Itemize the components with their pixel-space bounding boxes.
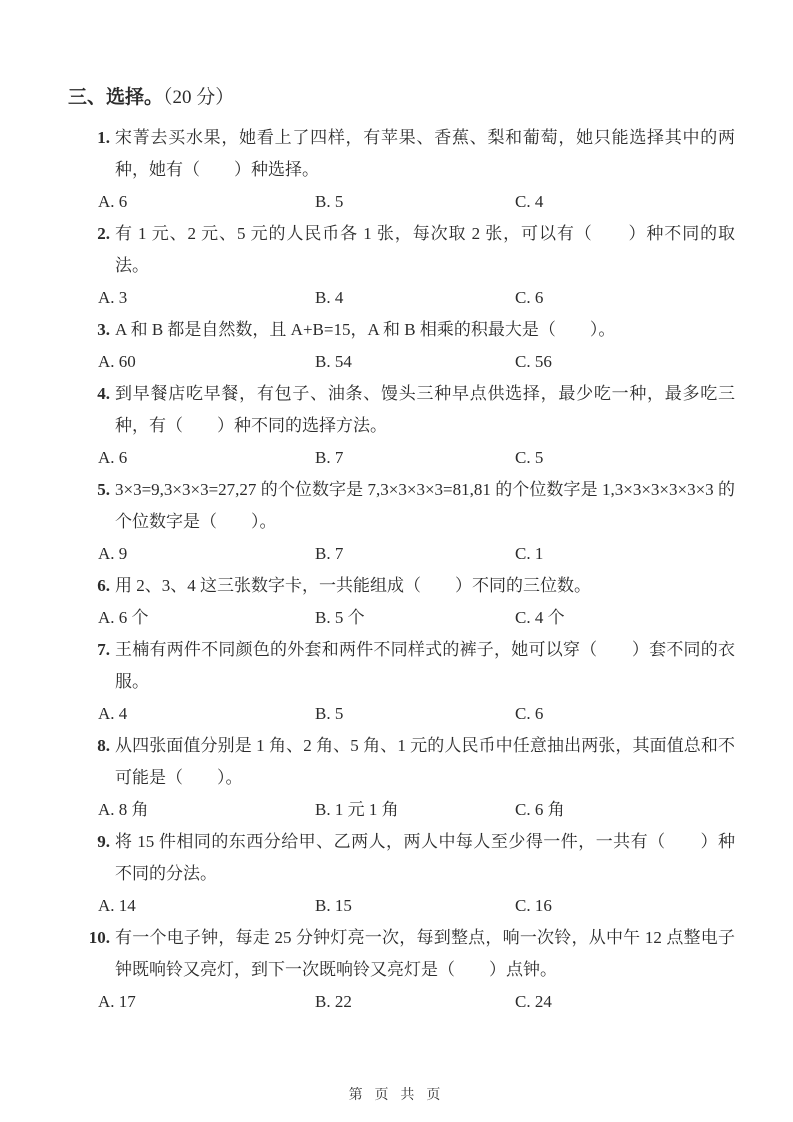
- option-c: C. 1: [515, 538, 735, 570]
- option-b: B. 5: [315, 186, 515, 218]
- question-8: 8. 从四张面值分别是 1 角、2 角、5 角、1 元的人民币中任意抽出两张，其…: [68, 730, 735, 826]
- option-b: B. 15: [315, 890, 515, 922]
- question-number: 3.: [84, 314, 110, 346]
- question-4: 4. 到早餐店吃早餐，有包子、油条、馒头三种早点供选择，最少吃一种，最多吃三种，…: [68, 378, 735, 474]
- option-b: B. 5 个: [315, 602, 515, 634]
- question-text: 将 15 件相同的东西分给甲、乙两人，两人中每人至少得一件，一共有（ ）种不同的…: [115, 826, 735, 890]
- option-a: A. 6: [98, 186, 315, 218]
- question-text: 用 2、3、4 这三张数字卡，一共能组成（ ）不同的三位数。: [115, 570, 735, 602]
- section-title: 三、选择。: [68, 87, 163, 108]
- question-number: 1.: [84, 122, 110, 154]
- question-9: 9. 将 15 件相同的东西分给甲、乙两人，两人中每人至少得一件，一共有（ ）种…: [68, 826, 735, 922]
- options-row: A. 14 B. 15 C. 16: [98, 890, 735, 922]
- question-text: 王楠有两件不同颜色的外套和两件不同样式的裤子，她可以穿（ ）套不同的衣服。: [115, 634, 735, 698]
- option-a: A. 6 个: [98, 602, 315, 634]
- section-header: 三、选择。（20 分）: [68, 82, 735, 114]
- option-b: B. 54: [315, 346, 515, 378]
- option-c: C. 4 个: [515, 602, 735, 634]
- options-row: A. 9 B. 7 C. 1: [98, 538, 735, 570]
- option-c: C. 6: [515, 282, 735, 314]
- option-c: C. 6: [515, 698, 735, 730]
- option-c: C. 24: [515, 986, 735, 1018]
- option-c: C. 16: [515, 890, 735, 922]
- question-number: 6.: [84, 570, 110, 602]
- option-b: B. 22: [315, 986, 515, 1018]
- section-score: （20 分）: [163, 87, 234, 108]
- option-a: A. 8 角: [98, 794, 315, 826]
- option-b: B. 7: [315, 538, 515, 570]
- option-a: A. 60: [98, 346, 315, 378]
- question-2: 2. 有 1 元、2 元、5 元的人民币各 1 张，每次取 2 张，可以有（ ）…: [68, 218, 735, 314]
- options-row: A. 6 B. 5 C. 4: [98, 186, 735, 218]
- option-b: B. 5: [315, 698, 515, 730]
- question-text: 有一个电子钟，每走 25 分钟灯亮一次，每到整点，响一次铃，从中午 12 点整电…: [115, 922, 735, 986]
- question-number: 5.: [84, 474, 110, 506]
- option-a: A. 4: [98, 698, 315, 730]
- option-c: C. 56: [515, 346, 735, 378]
- question-number: 7.: [84, 634, 110, 666]
- option-a: A. 3: [98, 282, 315, 314]
- worksheet-page: 三、选择。（20 分） 1. 宋菁去买水果，她看上了四样，有苹果、香蕉、梨和葡萄…: [0, 0, 793, 1122]
- question-number: 4.: [84, 378, 110, 410]
- question-number: 8.: [84, 730, 110, 762]
- option-a: A. 17: [98, 986, 315, 1018]
- question-10: 10. 有一个电子钟，每走 25 分钟灯亮一次，每到整点，响一次铃，从中午 12…: [68, 922, 735, 1018]
- option-b: B. 1 元 1 角: [315, 794, 515, 826]
- option-a: A. 6: [98, 442, 315, 474]
- option-a: A. 14: [98, 890, 315, 922]
- question-text: 3×3=9,3×3×3=27,27 的个位数字是 7,3×3×3×3=81,81…: [115, 474, 735, 538]
- options-row: A. 60 B. 54 C. 56: [98, 346, 735, 378]
- page-footer: 第 页 共 页: [0, 1084, 793, 1104]
- question-text: 到早餐店吃早餐，有包子、油条、馒头三种早点供选择，最少吃一种，最多吃三种，有（ …: [115, 378, 735, 442]
- question-number: 2.: [84, 218, 110, 250]
- question-number: 10.: [84, 922, 110, 954]
- options-row: A. 8 角 B. 1 元 1 角 C. 6 角: [98, 794, 735, 826]
- question-5: 5. 3×3=9,3×3×3=27,27 的个位数字是 7,3×3×3×3=81…: [68, 474, 735, 570]
- option-c: C. 6 角: [515, 794, 735, 826]
- options-row: A. 17 B. 22 C. 24: [98, 986, 735, 1018]
- question-text: 从四张面值分别是 1 角、2 角、5 角、1 元的人民币中任意抽出两张，其面值总…: [115, 730, 735, 794]
- option-b: B. 4: [315, 282, 515, 314]
- question-6: 6. 用 2、3、4 这三张数字卡，一共能组成（ ）不同的三位数。 A. 6 个…: [68, 570, 735, 634]
- question-text: 有 1 元、2 元、5 元的人民币各 1 张，每次取 2 张，可以有（ ）种不同…: [115, 218, 735, 282]
- option-c: C. 5: [515, 442, 735, 474]
- question-text: A 和 B 都是自然数，且 A+B=15，A 和 B 相乘的积最大是（ ）。: [115, 314, 735, 346]
- question-7: 7. 王楠有两件不同颜色的外套和两件不同样式的裤子，她可以穿（ ）套不同的衣服。…: [68, 634, 735, 730]
- option-c: C. 4: [515, 186, 735, 218]
- question-number: 9.: [84, 826, 110, 858]
- question-1: 1. 宋菁去买水果，她看上了四样，有苹果、香蕉、梨和葡萄，她只能选择其中的两种，…: [68, 122, 735, 218]
- question-3: 3. A 和 B 都是自然数，且 A+B=15，A 和 B 相乘的积最大是（ ）…: [68, 314, 735, 378]
- question-text: 宋菁去买水果，她看上了四样，有苹果、香蕉、梨和葡萄，她只能选择其中的两种，她有（…: [115, 122, 735, 186]
- option-a: A. 9: [98, 538, 315, 570]
- options-row: A. 3 B. 4 C. 6: [98, 282, 735, 314]
- options-row: A. 6 B. 7 C. 5: [98, 442, 735, 474]
- options-row: A. 4 B. 5 C. 6: [98, 698, 735, 730]
- option-b: B. 7: [315, 442, 515, 474]
- options-row: A. 6 个 B. 5 个 C. 4 个: [98, 602, 735, 634]
